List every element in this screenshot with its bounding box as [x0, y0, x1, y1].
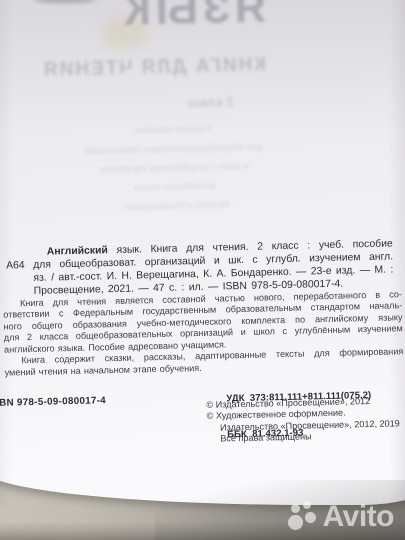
biblio-title-bold: Английский: [47, 245, 108, 257]
show-through-text: ЯЗЫК КНИГА ДЛЯ ЧТЕНИЯ 2 класс Учебное по…: [0, 0, 404, 265]
avito-wordmark: Avito: [323, 504, 394, 530]
copyright-block: © Издательство «Просвещение», 2012 © Худ…: [206, 395, 402, 445]
ghost-title-word: ЯЗЫК: [0, 0, 396, 39]
author-sign-code: А64: [6, 260, 25, 271]
bibliographic-record: Английский язык. Книга для чтения. 2 кла…: [33, 238, 394, 298]
isbn-number: ISBN 978-5-09-080017-4: [0, 395, 106, 409]
ghost-grade: 2 класс: [7, 90, 405, 115]
page-content: ЯЗЫК КНИГА ДЛЯ ЧТЕНИЯ 2 класс Учебное по…: [0, 0, 405, 540]
avito-logo-icon: [288, 501, 318, 530]
book-imprint-photo: ЯЗЫК КНИГА ДЛЯ ЧТЕНИЯ 2 класс Учебное по…: [0, 0, 405, 540]
ghost-book-title: КНИГА ДЛЯ ЧТЕНИЯ: [0, 52, 357, 84]
avito-watermark: Avito: [288, 501, 394, 530]
ghost-faint-lines: Учебное пособие для общеобразовательных …: [0, 116, 378, 221]
